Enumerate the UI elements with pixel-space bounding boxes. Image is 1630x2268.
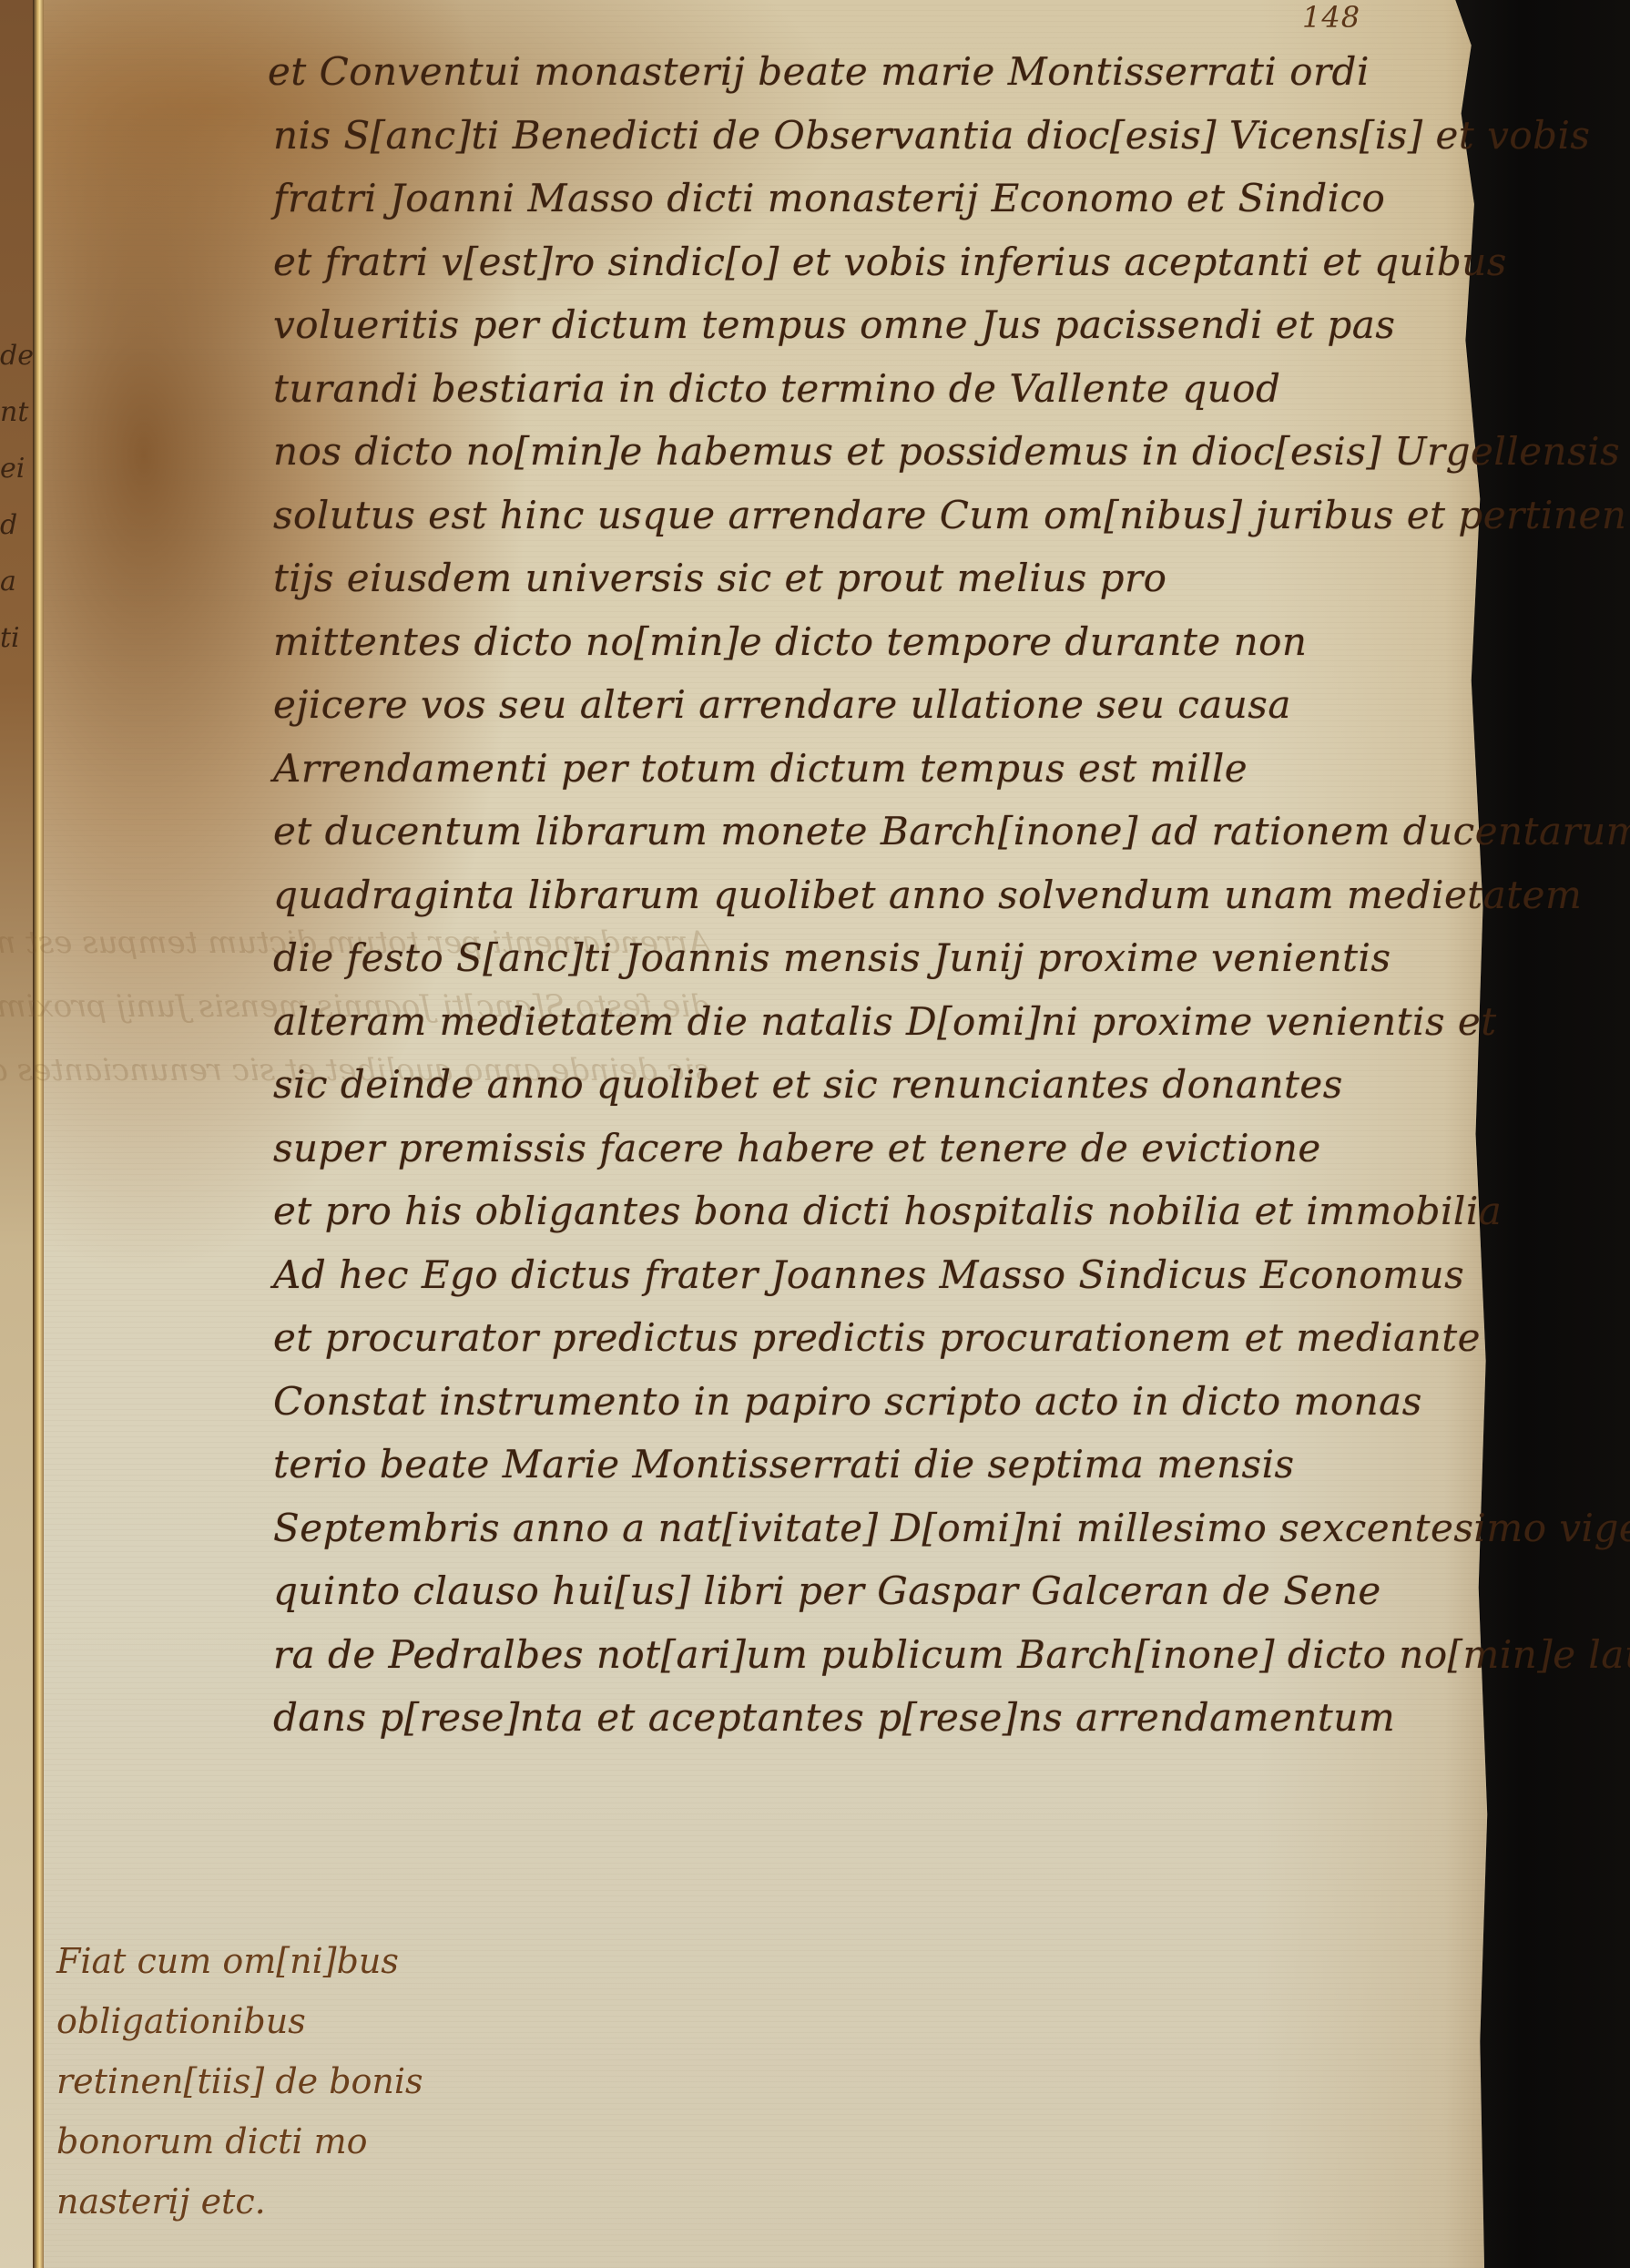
text-line: solutus est hinc usque arrendare Cum om[… xyxy=(273,484,1475,547)
prev-leaf-fragment: a xyxy=(0,554,36,610)
text-line: Arrendamenti per totum dictum tempus est… xyxy=(273,737,1475,801)
prev-leaf-fragment: ei xyxy=(0,441,36,497)
prev-leaf-fragment: ti xyxy=(0,610,36,667)
previous-leaf-fragments: de nt ei d a ti xyxy=(0,328,36,667)
margin-note-line: Fiat cum om[ni]bus xyxy=(56,1931,384,1991)
text-line: Septembris anno a nat[ivitate] D[omi]ni … xyxy=(273,1497,1475,1560)
text-line: ejicere vos seu alteri arrendare ullatio… xyxy=(273,673,1475,737)
prev-leaf-fragment: de xyxy=(0,328,36,384)
text-line: sic deinde anno quolibet et sic renuncia… xyxy=(273,1053,1475,1117)
margin-note-line: nasterij etc. xyxy=(56,2171,384,2232)
text-line: turandi bestiaria in dicto termino de Va… xyxy=(273,357,1475,421)
text-line: die festo S[anc]ti Joannis mensis Junij … xyxy=(273,926,1475,990)
text-line: Ad hec Ego dictus frater Joannes Masso S… xyxy=(273,1243,1475,1307)
margin-note-line: obligationibus xyxy=(56,1991,384,2051)
text-line: et pro his obligantes bona dicti hospita… xyxy=(273,1180,1475,1243)
text-line: et ducentum librarum monete Barch[inone]… xyxy=(273,800,1475,863)
margin-note-line: retinen[tiis] de bonis xyxy=(56,2051,384,2111)
text-line: Constat instrumento in papiro scripto ac… xyxy=(273,1370,1475,1434)
text-line: et procurator predictus predictis procur… xyxy=(273,1306,1475,1370)
text-line: super premissis facere habere et tenere … xyxy=(273,1117,1475,1180)
text-line: tijs eiusdem universis sic et prout meli… xyxy=(273,547,1475,610)
text-line: ra de Pedralbes not[ari]um publicum Barc… xyxy=(273,1623,1475,1687)
text-line: terio beate Marie Montisserrati die sept… xyxy=(273,1433,1475,1497)
previous-leaf-edge: de nt ei d a ti xyxy=(0,0,36,2268)
margin-note-line: bonorum dicti mo xyxy=(56,2111,384,2171)
text-line: nis S[anc]ti Benedicti de Observantia di… xyxy=(273,104,1475,168)
text-line: mittentes dicto no[min]e dicto tempore d… xyxy=(273,610,1475,674)
main-text-block: et Conventui monasterij beate marie Mont… xyxy=(273,40,1475,1750)
prev-leaf-fragment: d xyxy=(0,497,36,554)
text-line: dans p[rese]nta et aceptantes p[rese]ns … xyxy=(273,1686,1475,1750)
margin-note: Fiat cum om[ni]bus obligationibus retine… xyxy=(56,1931,384,2232)
text-line: et Conventui monasterij beate marie Mont… xyxy=(268,40,1475,104)
folio-number: 148 xyxy=(1302,0,1360,35)
text-line: quinto clauso hui[us] libri per Gaspar G… xyxy=(273,1559,1475,1623)
binding-gutter xyxy=(33,0,46,2268)
manuscript-scan: de nt ei d a ti 148 Arrendamenti per tot… xyxy=(0,0,1630,2268)
text-line: quadraginta librarum quolibet anno solve… xyxy=(273,863,1475,927)
text-line: nos dicto no[min]e habemus et possidemus… xyxy=(273,420,1475,484)
text-line: et fratri v[est]ro sindic[o] et vobis in… xyxy=(273,230,1475,294)
prev-leaf-fragment: nt xyxy=(0,384,36,441)
text-line: volueritis per dictum tempus omne Jus pa… xyxy=(273,293,1475,357)
text-line: fratri Joanni Masso dicti monasterij Eco… xyxy=(273,167,1475,230)
text-line: alteram medietatem die natalis D[omi]ni … xyxy=(273,990,1475,1054)
